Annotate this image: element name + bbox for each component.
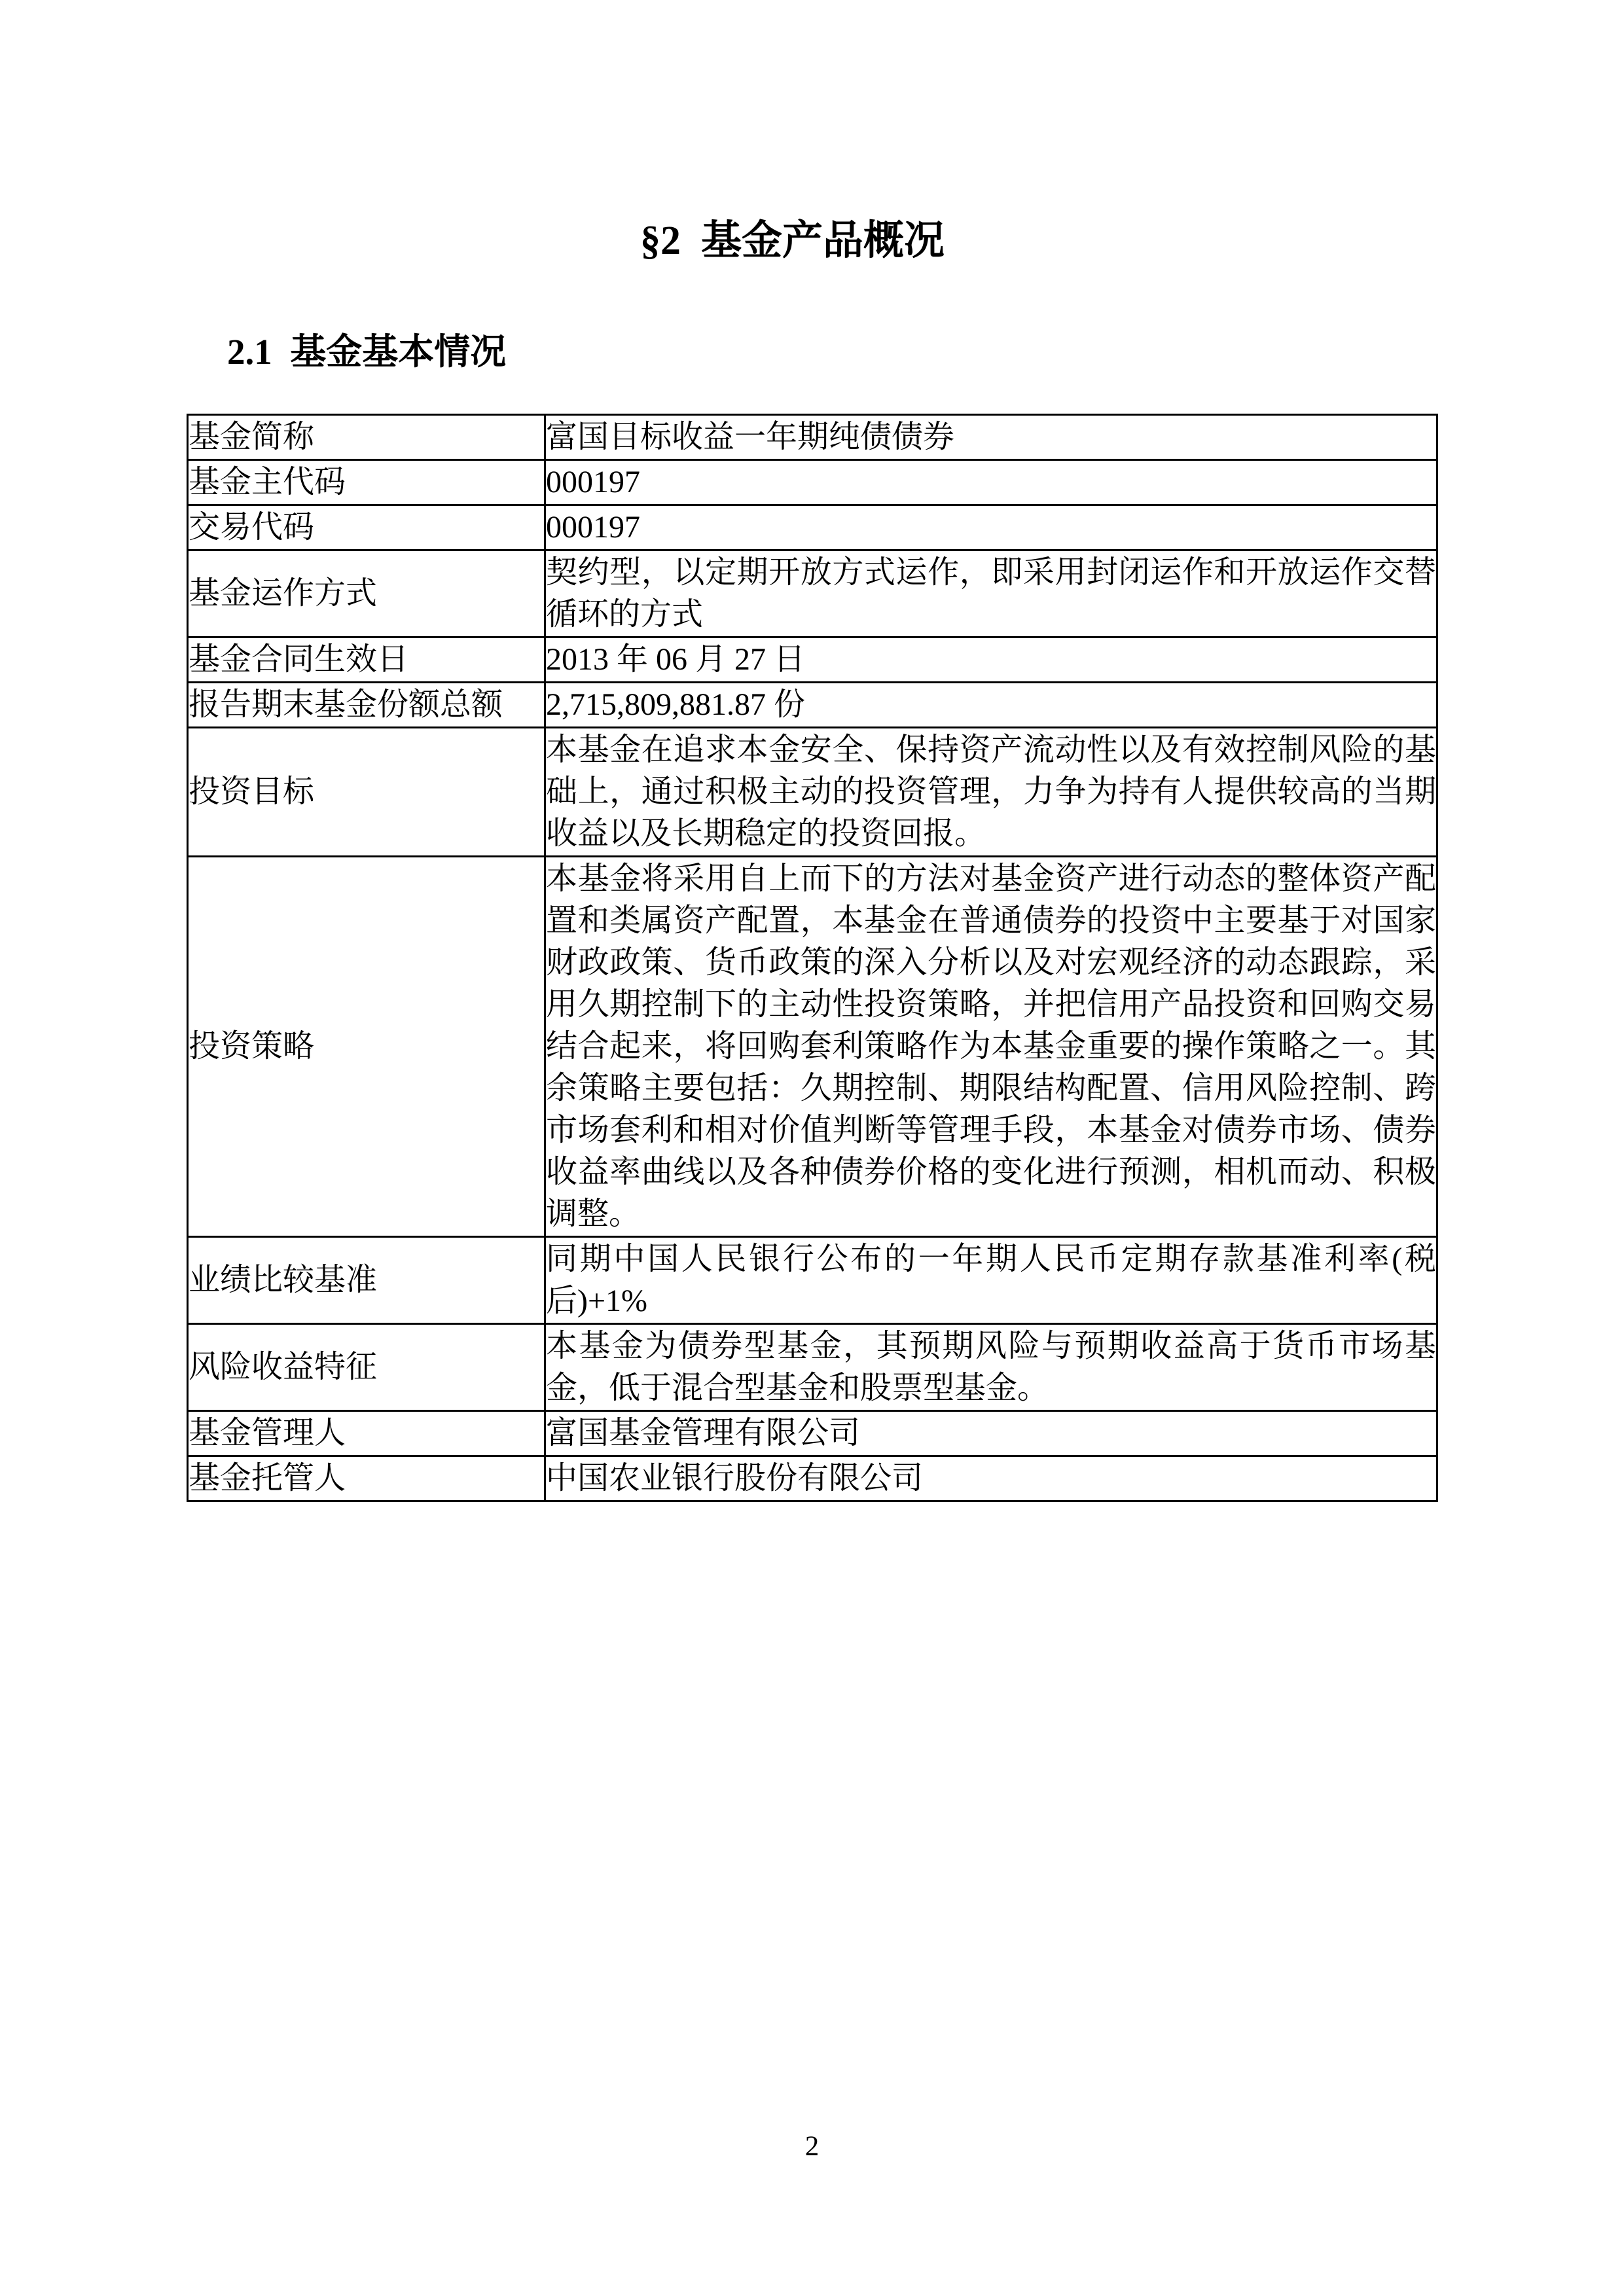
- row-label: 投资目标: [188, 728, 545, 857]
- document-title: §2 基金产品概况: [0, 217, 1585, 264]
- table-row: 基金运作方式 契约型，以定期开放方式运作，即采用封闭运作和开放运作交替循环的方式: [188, 550, 1437, 637]
- row-label: 基金主代码: [188, 460, 545, 505]
- table-row: 报告期末基金份额总额 2,715,809,881.87 份: [188, 683, 1437, 728]
- row-label: 投资策略: [188, 857, 545, 1237]
- table-row: 基金主代码 000197: [188, 460, 1437, 505]
- row-value: 本基金将采用自上而下的方法对基金资产进行动态的整体资产配置和类属资产配置，本基金…: [545, 857, 1437, 1237]
- row-value: 同期中国人民银行公布的一年期人民币定期存款基准利率(税后)+1%: [545, 1237, 1437, 1324]
- table-row: 交易代码 000197: [188, 505, 1437, 550]
- row-label: 基金合同生效日: [188, 637, 545, 683]
- row-value: 中国农业银行股份有限公司: [545, 1456, 1437, 1501]
- row-value: 本基金在追求本金安全、保持资产流动性以及有效控制风险的基础上，通过积极主动的投资…: [545, 728, 1437, 857]
- row-value: 契约型，以定期开放方式运作，即采用封闭运作和开放运作交替循环的方式: [545, 550, 1437, 637]
- row-label: 基金管理人: [188, 1411, 545, 1456]
- row-value: 2,715,809,881.87 份: [545, 683, 1437, 728]
- table-row: 基金简称 富国目标收益一年期纯债债券: [188, 415, 1437, 460]
- document-page: §2 基金产品概况 2.1 基金基本情况 基金简称 富国目标收益一年期纯债债券 …: [0, 0, 1624, 2296]
- table-row: 风险收益特征 本基金为债券型基金，其预期风险与预期收益高于货币市场基金，低于混合…: [188, 1324, 1437, 1411]
- row-label: 业绩比较基准: [188, 1237, 545, 1324]
- row-value: 2013 年 06 月 27 日: [545, 637, 1437, 683]
- row-label: 基金托管人: [188, 1456, 545, 1501]
- table-row: 基金管理人 富国基金管理有限公司: [188, 1411, 1437, 1456]
- table-row: 投资策略 本基金将采用自上而下的方法对基金资产进行动态的整体资产配置和类属资产配…: [188, 857, 1437, 1237]
- row-label: 基金运作方式: [188, 550, 545, 637]
- row-label: 交易代码: [188, 505, 545, 550]
- table-row: 业绩比较基准 同期中国人民银行公布的一年期人民币定期存款基准利率(税后)+1%: [188, 1237, 1437, 1324]
- table-row: 基金合同生效日 2013 年 06 月 27 日: [188, 637, 1437, 683]
- table-row: 基金托管人 中国农业银行股份有限公司: [188, 1456, 1437, 1501]
- row-label: 基金简称: [188, 415, 545, 460]
- row-value: 本基金为债券型基金，其预期风险与预期收益高于货币市场基金，低于混合型基金和股票型…: [545, 1324, 1437, 1411]
- row-label: 风险收益特征: [188, 1324, 545, 1411]
- row-value: 000197: [545, 460, 1437, 505]
- row-value: 000197: [545, 505, 1437, 550]
- row-value: 富国目标收益一年期纯债债券: [545, 415, 1437, 460]
- row-label: 报告期末基金份额总额: [188, 683, 545, 728]
- fund-info-table: 基金简称 富国目标收益一年期纯债债券 基金主代码 000197 交易代码 000…: [187, 414, 1438, 1502]
- page-number: 2: [0, 2131, 1624, 2162]
- fund-table-body: 基金简称 富国目标收益一年期纯债债券 基金主代码 000197 交易代码 000…: [188, 415, 1437, 1501]
- section-heading: 2.1 基金基本情况: [227, 331, 506, 374]
- table-row: 投资目标 本基金在追求本金安全、保持资产流动性以及有效控制风险的基础上，通过积极…: [188, 728, 1437, 857]
- row-value: 富国基金管理有限公司: [545, 1411, 1437, 1456]
